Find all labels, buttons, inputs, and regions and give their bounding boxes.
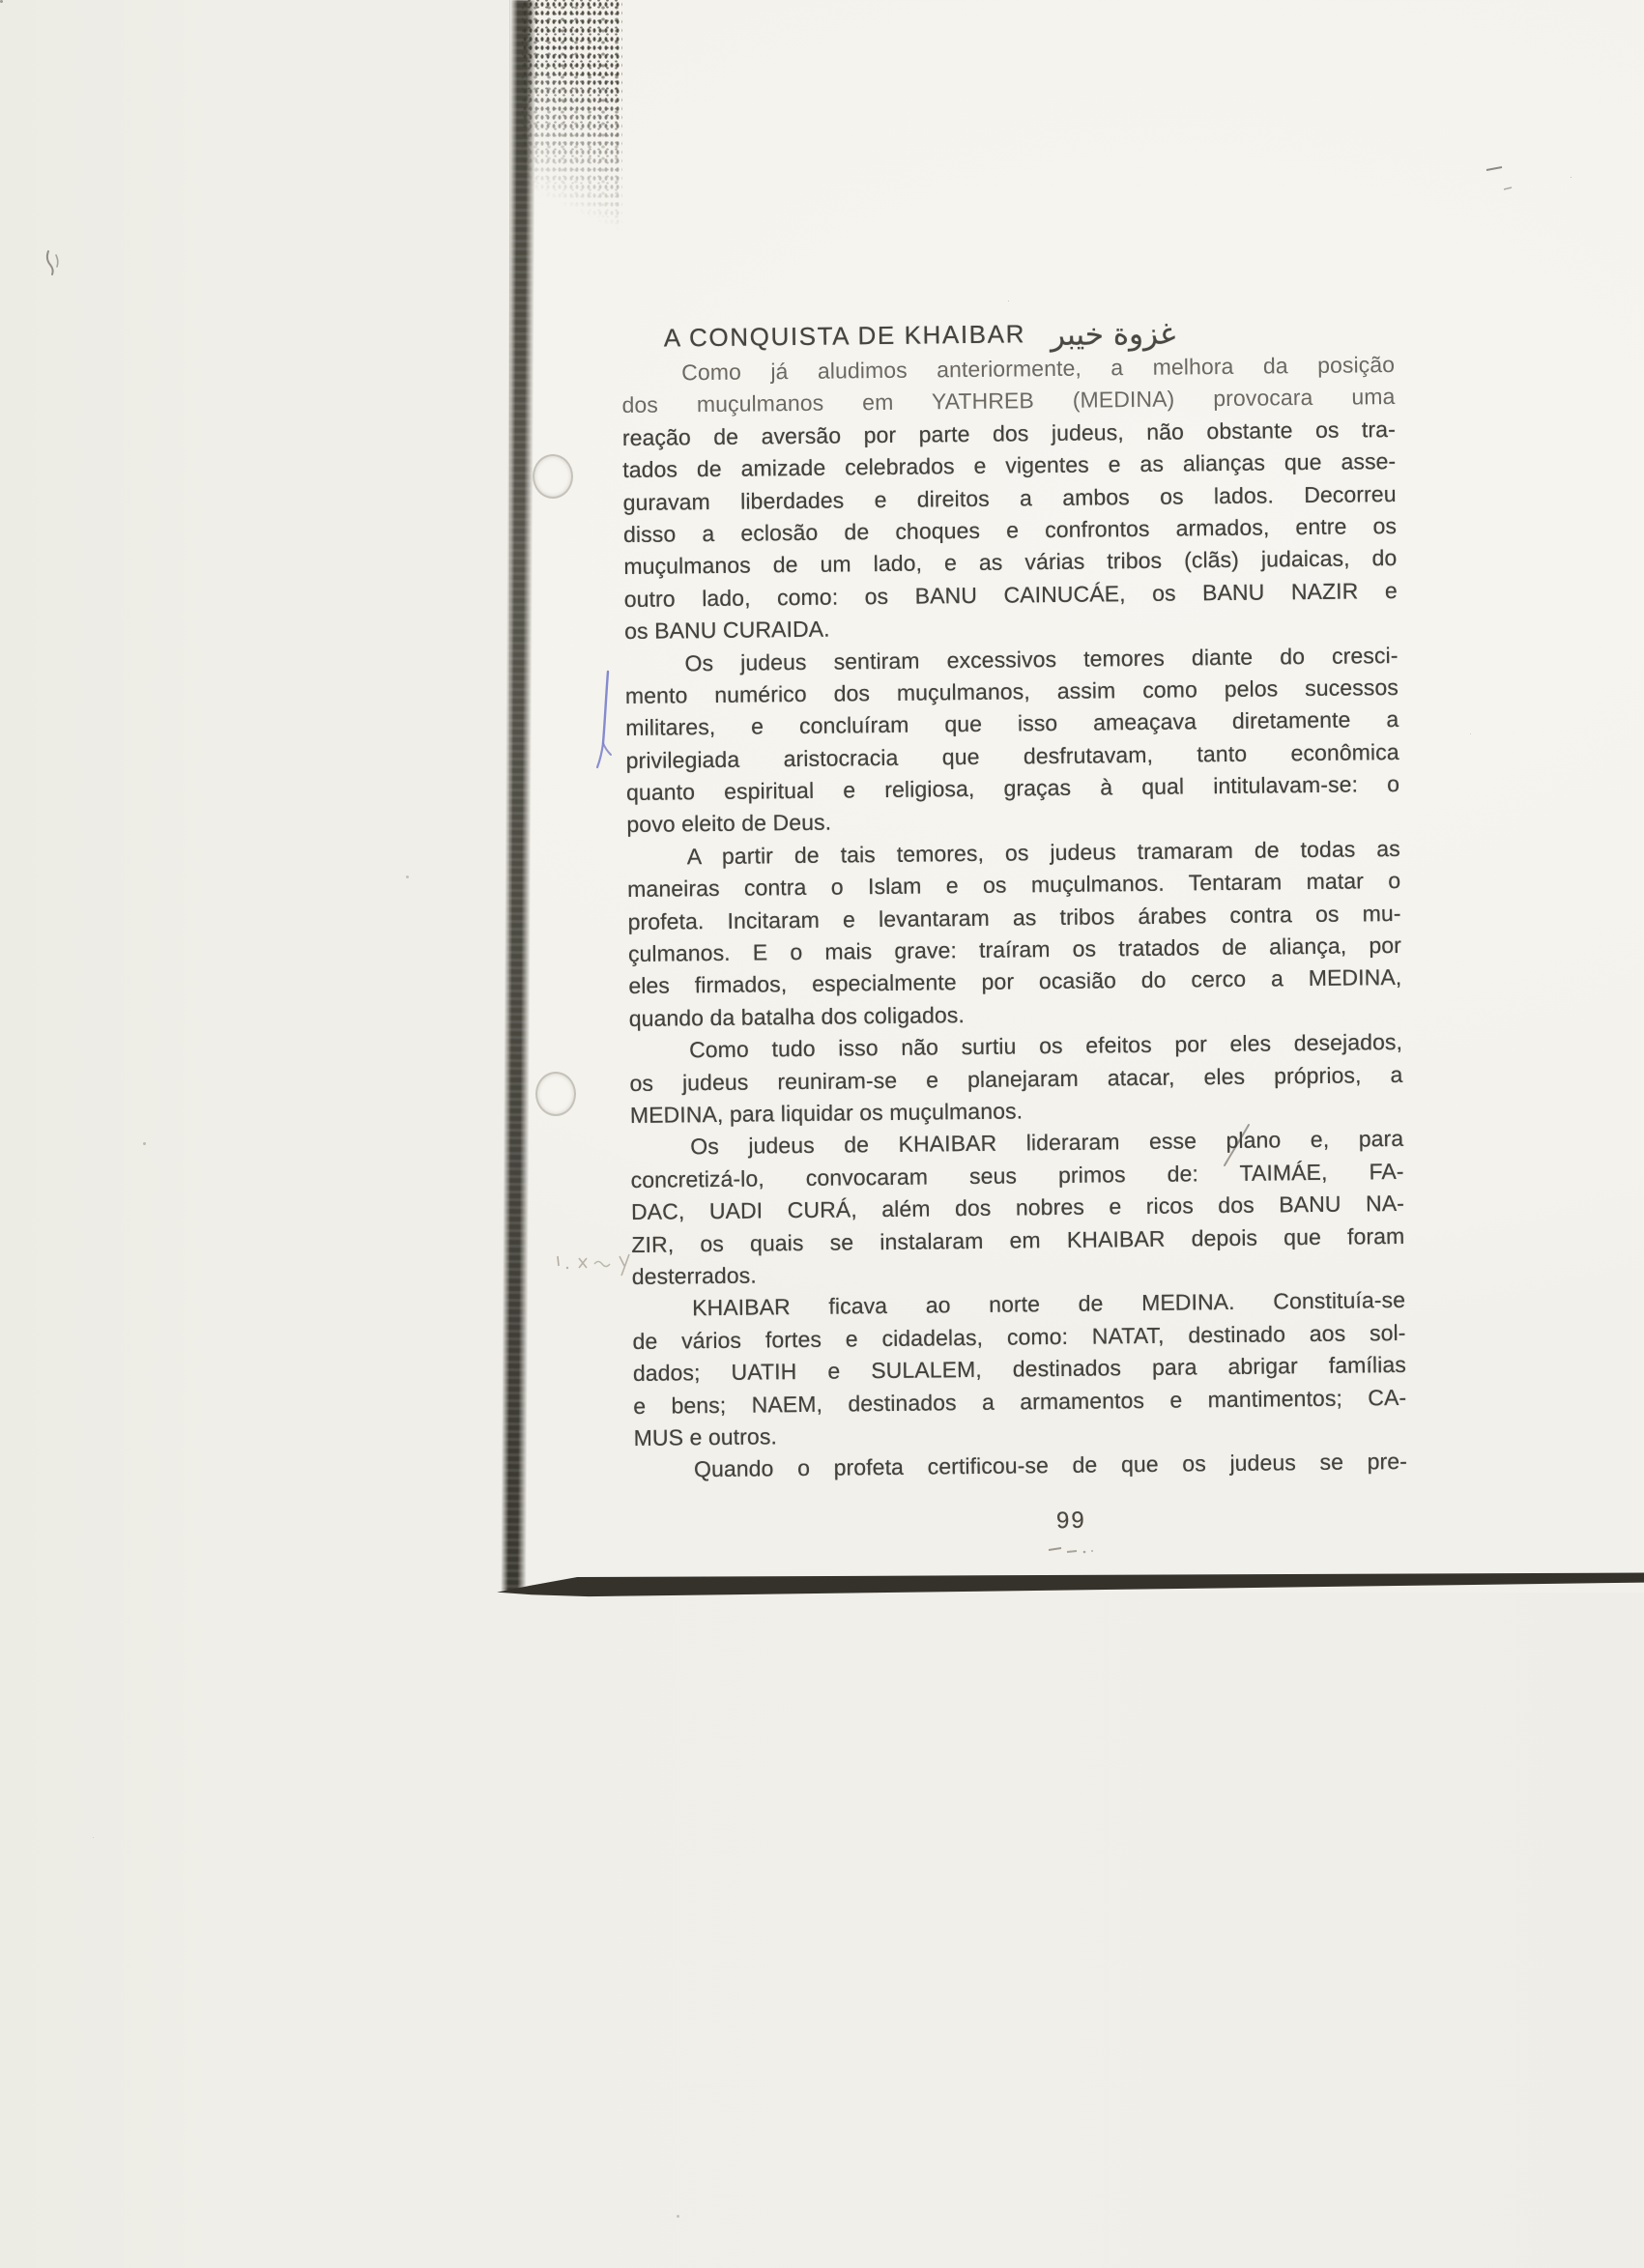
paragraph: Como já aludimos anteriormente, a melhor… <box>621 349 1398 648</box>
punch-hole-top <box>533 454 573 499</box>
paragraph: Como tudo isso não surtiu os efeitos por… <box>629 1026 1403 1132</box>
pencil-scribble <box>554 1247 641 1285</box>
paragraph: Os judeus de KHAIBAR lideraram esse plan… <box>630 1123 1405 1293</box>
punch-hole-bottom <box>535 1072 576 1116</box>
chapter-title: A CONQUISTA DE KHAIBAR <box>664 319 1026 353</box>
margin-smudge <box>43 247 68 276</box>
scan-gutter-speckle <box>522 0 622 253</box>
paragraph: Os judeus sentiram excessivos temores di… <box>624 639 1399 841</box>
dust-specks <box>0 0 3 3</box>
body-paragraphs: Como já aludimos anteriormente, a melhor… <box>621 349 1407 1487</box>
paragraph: A partir de tais temores, os judeus tram… <box>627 833 1402 1035</box>
scanned-document: A CONQUISTA DE KHAIBAR غزوة خيبر Como já… <box>0 0 1644 2268</box>
page-number-underline-marks <box>1046 1544 1113 1558</box>
chapter-title-arabic: غزوة خيبر <box>1051 317 1176 353</box>
page-text: A CONQUISTA DE KHAIBAR غزوة خيبر Como já… <box>620 299 1407 1487</box>
page-number: 99 <box>1056 1507 1086 1536</box>
paragraph: KHAIBAR ficava ao norte de MEDINA. Const… <box>632 1284 1407 1454</box>
chapter-title-row: A CONQUISTA DE KHAIBAR غزوة خيبر <box>620 299 1394 354</box>
top-right-dash-marks <box>1483 162 1521 201</box>
blue-pen-mark <box>592 670 625 776</box>
